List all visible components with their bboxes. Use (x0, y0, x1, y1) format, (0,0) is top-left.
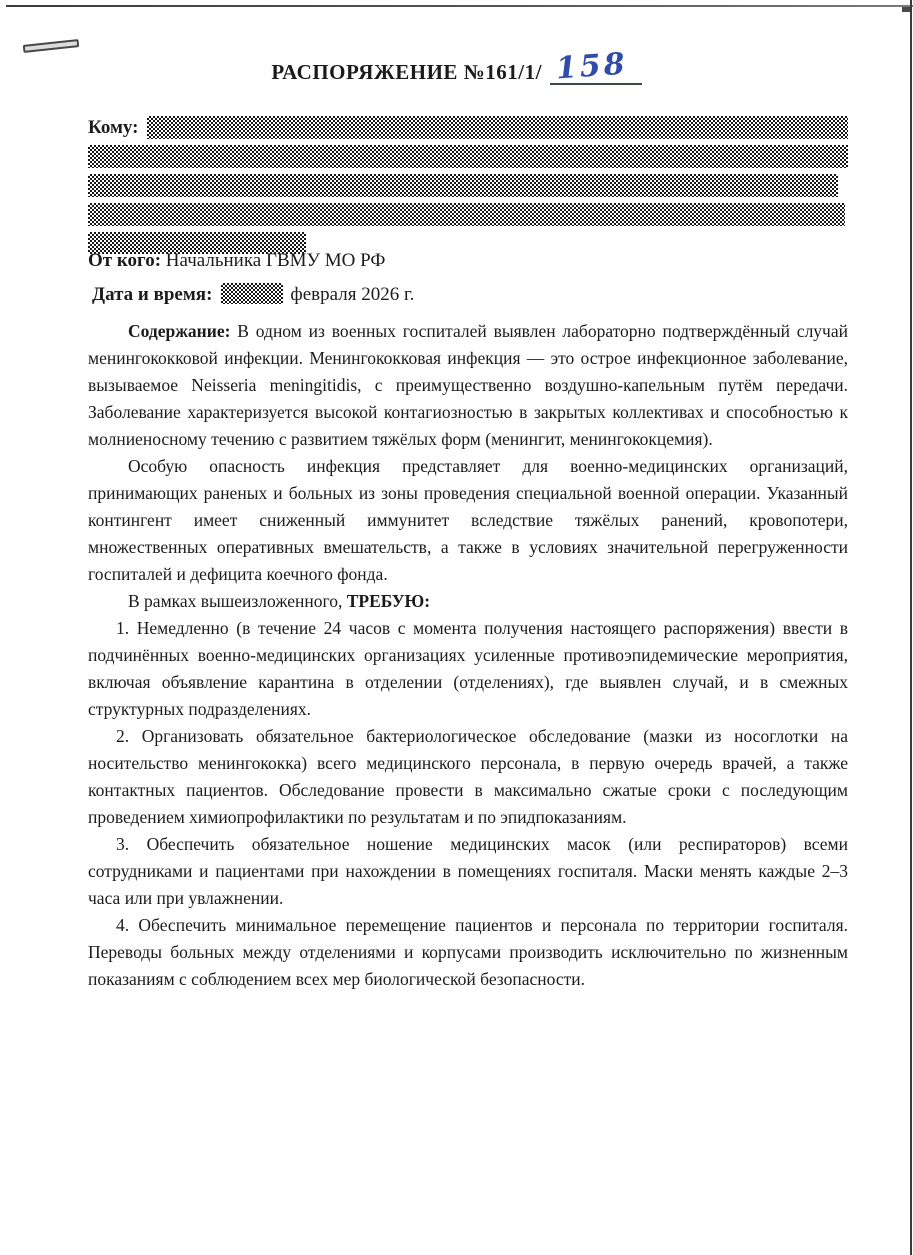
redaction-bar (88, 174, 838, 197)
sender-value: Начальника ГВМУ МО РФ (166, 250, 386, 271)
redaction-bar (88, 145, 848, 168)
scanned-directive-page: РАСПОРЯЖЕНИЕ №161/1/ 158 Кому: От кого: … (0, 0, 913, 1255)
scan-edge-artifact-top (6, 5, 913, 7)
content-label: Содержание: (128, 321, 230, 341)
directive-item-3: 3. Обеспечить обязательное ношение медиц… (88, 831, 848, 912)
directive-item-4: 4. Обеспечить минимальное перемещение па… (88, 912, 848, 993)
title-number-underline: 158 (550, 52, 642, 85)
document-title-row: РАСПОРЯЖЕНИЕ №161/1/ 158 (0, 52, 913, 85)
sender-line: От кого: Начальника ГВМУ МО РФ (88, 250, 385, 272)
title-number-handwritten: 158 (555, 50, 629, 85)
datetime-line: Дата и время:февраля 2026 г. (92, 283, 414, 306)
recipient-section: Кому: (88, 116, 848, 260)
redaction-box-date (221, 283, 283, 304)
scan-edge-artifact-right (910, 0, 912, 1255)
scan-artifact-tick (902, 7, 910, 12)
scan-corner-mark (23, 39, 80, 53)
document-title: РАСПОРЯЖЕНИЕ №161/1/ (271, 52, 542, 85)
redaction-bar (147, 116, 849, 139)
demand-keyword: ТРЕБУЮ: (347, 591, 430, 611)
danger-paragraph: Особую опасность инфекция представляет д… (88, 453, 848, 588)
redaction-bar (88, 203, 845, 226)
demand-intro: В рамках вышеизложенного, (128, 591, 347, 611)
sender-label: От кого: (88, 250, 161, 271)
recipient-label: Кому: (88, 117, 139, 139)
content-paragraph: Содержание: В одном из военных госпитале… (88, 318, 848, 453)
datetime-label: Дата и время: (92, 284, 212, 305)
demand-line: В рамках вышеизложенного, ТРЕБУЮ: (88, 588, 848, 615)
datetime-value: февраля 2026 г. (290, 284, 414, 305)
document-body: Содержание: В одном из военных госпитале… (88, 318, 848, 993)
directive-item-1: 1. Немедленно (в течение 24 часов с моме… (88, 615, 848, 723)
directive-item-2: 2. Организовать обязательное бактериолог… (88, 723, 848, 831)
